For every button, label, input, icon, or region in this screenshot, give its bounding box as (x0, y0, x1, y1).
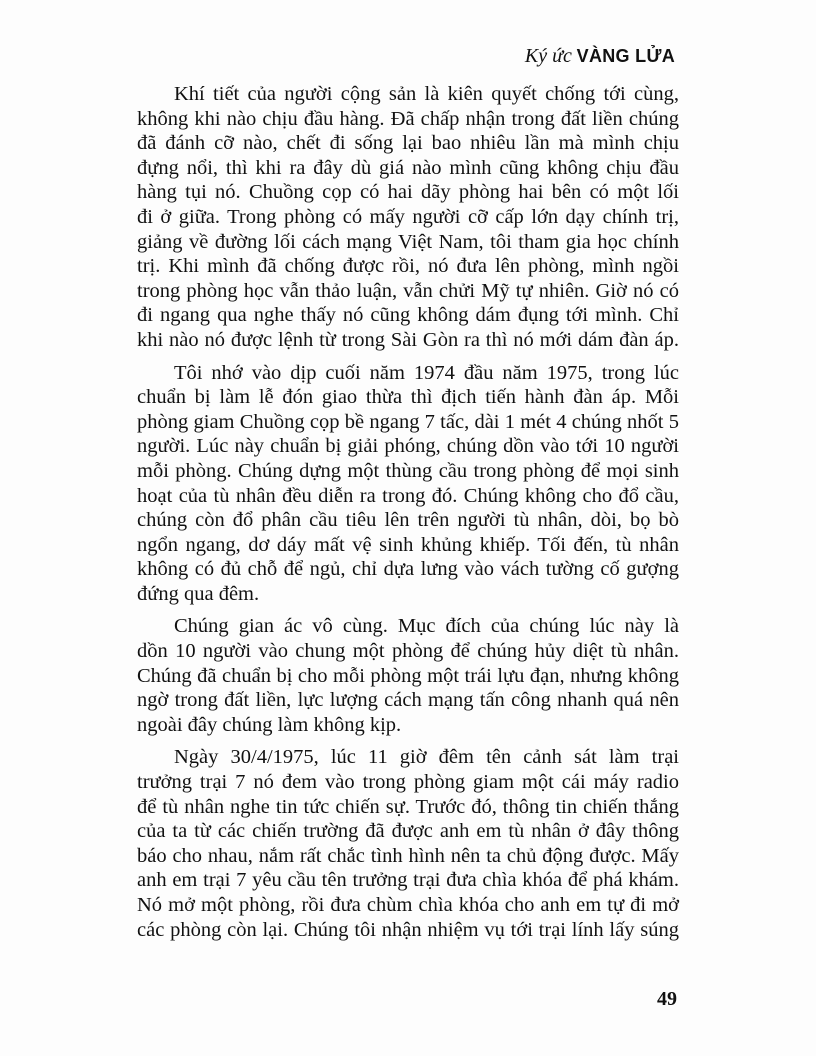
text-line: phòng giam Chuồng cọp bề ngang 7 tấc, dà… (137, 410, 679, 435)
paragraph-4: Ngày 30/4/1975, lúc 11 giờ đêm tên cảnh … (137, 745, 679, 942)
text-line: anh em trại 7 yêu cầu tên trưởng trại đư… (137, 868, 679, 893)
body-text: Khí tiết của người cộng sản là kiên quyế… (137, 82, 679, 950)
text-line: để tù nhân nghe tin tức chiến sự. Trước … (137, 795, 679, 820)
text-line: trưởng trại 7 nó đem vào trong phòng gia… (137, 770, 679, 795)
text-line: Khí tiết của người cộng sản là kiên quyế… (137, 82, 679, 107)
page-number: 49 (657, 988, 677, 1011)
text-line: chuẩn bị làm lễ đón giao thừa thì địch t… (137, 385, 679, 410)
text-line: hoạt của tù nhân đều diễn ra trong đó. C… (137, 484, 679, 509)
text-line: đã đánh cỡ nào, chết đi sống lại bao nhi… (137, 131, 679, 156)
running-header: Ký ức VÀNG LỬA (525, 45, 675, 68)
text-line: trong phòng học vẫn thảo luận, vẫn chửi … (137, 279, 679, 304)
text-line: dồn 10 người vào chung một phòng để chún… (137, 639, 679, 664)
text-line: mỗi phòng. Chúng dựng một thùng cầu tron… (137, 459, 679, 484)
paragraph-3: Chúng gian ác vô cùng. Mục đích của chún… (137, 614, 679, 737)
text-line: trị. Khi mình đã chống được rồi, nó đưa … (137, 254, 679, 279)
text-line: giảng về đường lối cách mạng Việt Nam, t… (137, 230, 679, 255)
paragraph-1: Khí tiết của người cộng sản là kiên quyế… (137, 82, 679, 353)
text-line: ngoài đây chúng làm không kịp. (137, 713, 679, 738)
text-line: đi ngang qua nghe thấy nó cũng không dám… (137, 303, 679, 328)
text-line: báo cho nhau, nắm rất chắc tình hình nên… (137, 844, 679, 869)
text-line: hàng tụi nó. Chuồng cọp có hai dãy phòng… (137, 180, 679, 205)
text-line: người. Lúc này chuẩn bị giải phóng, chún… (137, 434, 679, 459)
text-line: khi nào nó được lệnh từ trong Sài Gòn ra… (137, 328, 679, 353)
text-line: không khi nào chịu đầu hàng. Đã chấp nhậ… (137, 107, 679, 132)
text-line: ngờ trong đất liền, lực lượng cách mạng … (137, 688, 679, 713)
text-line: Ngày 30/4/1975, lúc 11 giờ đêm tên cảnh … (137, 745, 679, 770)
text-line: Chúng đã chuẩn bị cho mỗi phòng một trái… (137, 664, 679, 689)
book-series-label: Ký ức (525, 45, 572, 67)
text-line: Tôi nhớ vào dịp cuối năm 1974 đầu năm 19… (137, 361, 679, 386)
text-line: Nó mở một phòng, rồi đưa chùm chìa khóa … (137, 893, 679, 918)
text-line: của ta từ các chiến trường đã được anh e… (137, 819, 679, 844)
text-line: các phòng còn lại. Chúng tôi nhận nhiệm … (137, 918, 679, 943)
text-line: Chúng gian ác vô cùng. Mục đích của chún… (137, 614, 679, 639)
text-line: đựng nổi, thì khi ra đây dù giá nào mình… (137, 156, 679, 181)
text-line: đi ở giữa. Trong phòng có mấy người cỡ c… (137, 205, 679, 230)
text-line: ngổn ngang, dơ dáy mất vệ sinh khủng khi… (137, 533, 679, 558)
text-line: chúng còn đổ phân cầu tiêu lên trên ngườ… (137, 508, 679, 533)
paragraph-2: Tôi nhớ vào dịp cuối năm 1974 đầu năm 19… (137, 361, 679, 607)
text-line: không có đủ chỗ để ngủ, chỉ dựa lưng vào… (137, 557, 679, 582)
text-line: đứng qua đêm. (137, 582, 679, 607)
book-title: VÀNG LỬA (577, 46, 675, 66)
